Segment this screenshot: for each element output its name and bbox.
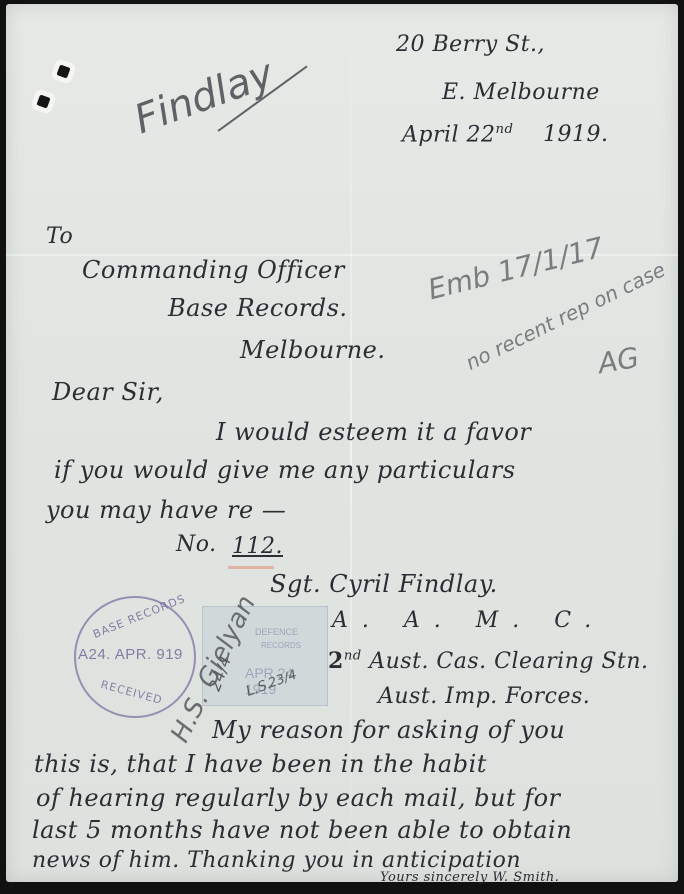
recipient-line-3: Melbourne.	[240, 336, 385, 364]
body-line-3: you may have re —	[46, 496, 286, 524]
service-number: 112.	[232, 534, 283, 559]
salutation: Dear Sir,	[52, 378, 164, 406]
punch-hole-icon	[56, 64, 70, 78]
annotation-findlay: Findlay	[128, 51, 279, 144]
body-line-1: I would esteem it a favor	[216, 418, 531, 446]
soldier-unit: 2nd Aust. Cas. Clearing Stn.	[328, 648, 649, 674]
stamp-top-text: BASE RECORDS	[91, 592, 187, 641]
punch-hole-icon	[36, 94, 50, 108]
to-label: To	[46, 224, 73, 249]
address-line-2: E. Melbourne	[442, 80, 600, 105]
soldier-force: Aust. Imp. Forces.	[378, 684, 590, 709]
soldier-corps: A. A. M. C.	[332, 608, 605, 633]
closing-signature: Yours sincerely W. Smith.	[380, 870, 559, 885]
unit-name: Aust. Cas. Clearing Stn.	[369, 649, 648, 674]
recipient-line-1: Commanding Officer	[82, 256, 345, 284]
date-text: April 22	[402, 122, 496, 147]
stamp-date: A24. APR. 919	[78, 646, 183, 663]
pencil-note-initials: AG	[595, 341, 641, 381]
paragraph2-line-3: of hearing regularly by each mail, but f…	[36, 784, 561, 812]
date-year: 1919.	[543, 122, 608, 147]
recipient-line-2: Base Records.	[168, 294, 348, 322]
date-suffix: nd	[496, 122, 514, 137]
base-records-received-stamp: BASE RECORDS A24. APR. 919 RECEIVED	[74, 596, 196, 718]
soldier-name: Sgt. Cyril Findlay.	[270, 570, 498, 598]
stamp-bottom-text: RECEIVED	[99, 678, 164, 707]
letter-paper: Findlay 20 Berry St., E. Melbourne April…	[6, 4, 678, 882]
paragraph2-line-1: My reason for asking of you	[212, 716, 565, 744]
stamp-rect-line-2: RECORDS	[261, 641, 301, 650]
red-underline	[228, 566, 274, 569]
unit-ordinal-suffix: nd	[344, 649, 362, 664]
service-number-label: No.	[176, 532, 217, 557]
paragraph2-line-4: last 5 months have not been able to obta…	[32, 816, 572, 844]
body-line-2: if you would give me any particulars	[54, 456, 516, 484]
address-line-1: 20 Berry St.,	[396, 32, 545, 57]
letter-date: April 22nd 1919.	[402, 122, 608, 147]
unit-ordinal: 2	[328, 648, 344, 674]
paragraph2-line-2: this is, that I have been in the habit	[34, 750, 487, 778]
stamp-rect-line-1: DEFENCE	[255, 627, 298, 637]
